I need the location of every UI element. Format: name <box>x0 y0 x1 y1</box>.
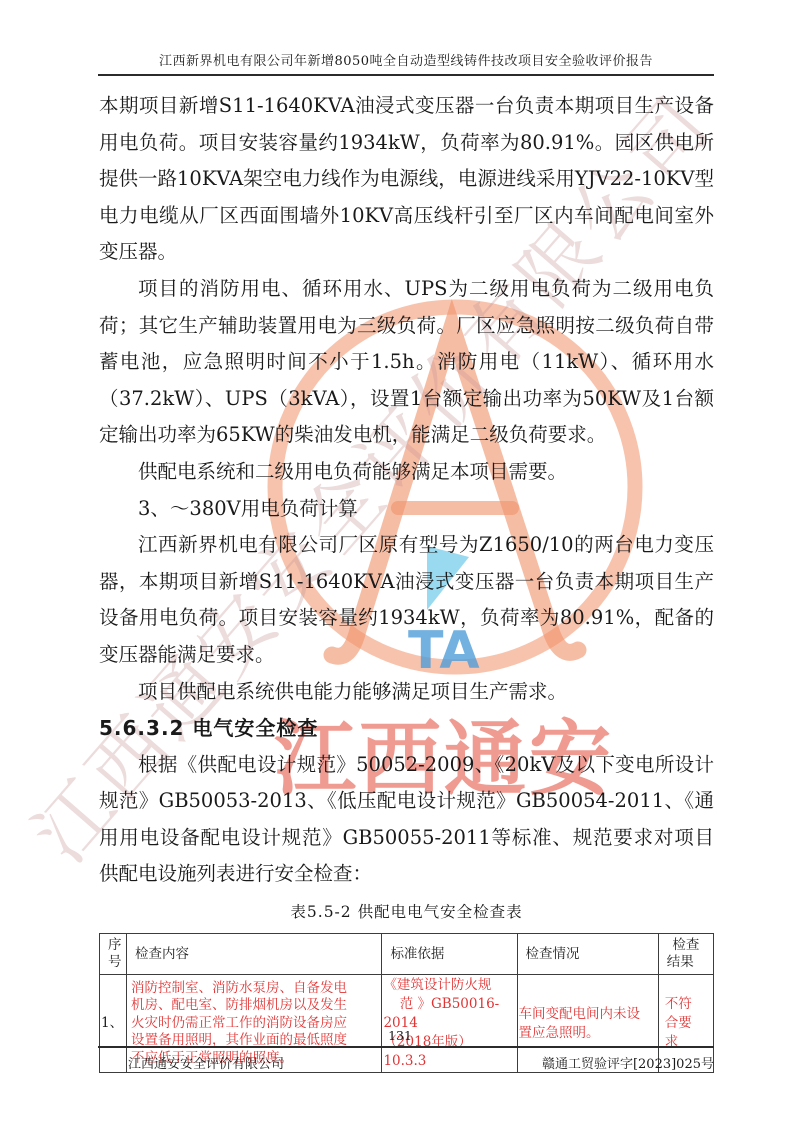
paragraph: 项目供配电系统供电能力能够满足项目生产需求。 <box>99 674 714 711</box>
paragraph: 根据《供配电设计规范》50052-2009、《20kV及以下变电所设计规范》GB… <box>99 747 714 893</box>
footer-company: 江西通安安全评价有限公司 <box>98 1053 284 1072</box>
paragraph: 项目的消防用电、循环用水、UPS为二级用电负荷为二级用电负荷；其它生产辅助装置用… <box>99 271 714 454</box>
paragraph: 3、～380V用电负荷计算 <box>99 491 714 528</box>
paragraph: 供配电系统和二级用电负荷能够满足本项目需要。 <box>99 454 714 491</box>
content-layer: 江西新界机电有限公司年新增8050吨全自动造型线铸件技改项目安全验收评价报告 本… <box>0 0 800 1131</box>
page-header: 江西新界机电有限公司年新增8050吨全自动造型线铸件技改项目安全验收评价报告 <box>98 50 714 76</box>
section-heading: 5.6.3.2 电气安全检查 <box>99 710 714 747</box>
page-footer: 江西通安安全评价有限公司 赣通工贸验评字[2023]025号 <box>98 1046 714 1072</box>
column-header-result: 检查结果 <box>658 934 713 975</box>
document-body: 本期项目新增S11-1640KVA油浸式变压器一台负责本期项目生产设备用电负荷。… <box>99 88 714 1073</box>
table-header-row: 序号 检查内容 标准依据 检查情况 检查结果 <box>100 934 714 975</box>
column-header-no: 序号 <box>100 934 127 975</box>
column-header-content: 检查内容 <box>127 934 382 975</box>
header-title: 江西新界机电有限公司年新增8050吨全自动造型线铸件技改项目安全验收评价报告 <box>159 54 653 69</box>
footer-document-number: 赣通工贸验评字[2023]025号 <box>542 1053 714 1072</box>
column-header-standard: 标准依据 <box>382 934 517 975</box>
paragraph: 江西新界机电有限公司厂区原有型号为Z1650/10的两台电力变压器，本期项目新增… <box>99 527 714 673</box>
paragraph: 本期项目新增S11-1640KVA油浸式变压器一台负责本期项目生产设备用电负荷。… <box>99 88 714 271</box>
table-caption: 表5.5-2 供配电电气安全检查表 <box>99 899 714 925</box>
document-page: TA 江西通安安全评价有限公司 江西通安 江西新界机电有限公司年新增8050吨全… <box>0 0 800 1131</box>
page-number: 131 <box>0 1028 800 1043</box>
column-header-situation: 检查情况 <box>517 934 658 975</box>
